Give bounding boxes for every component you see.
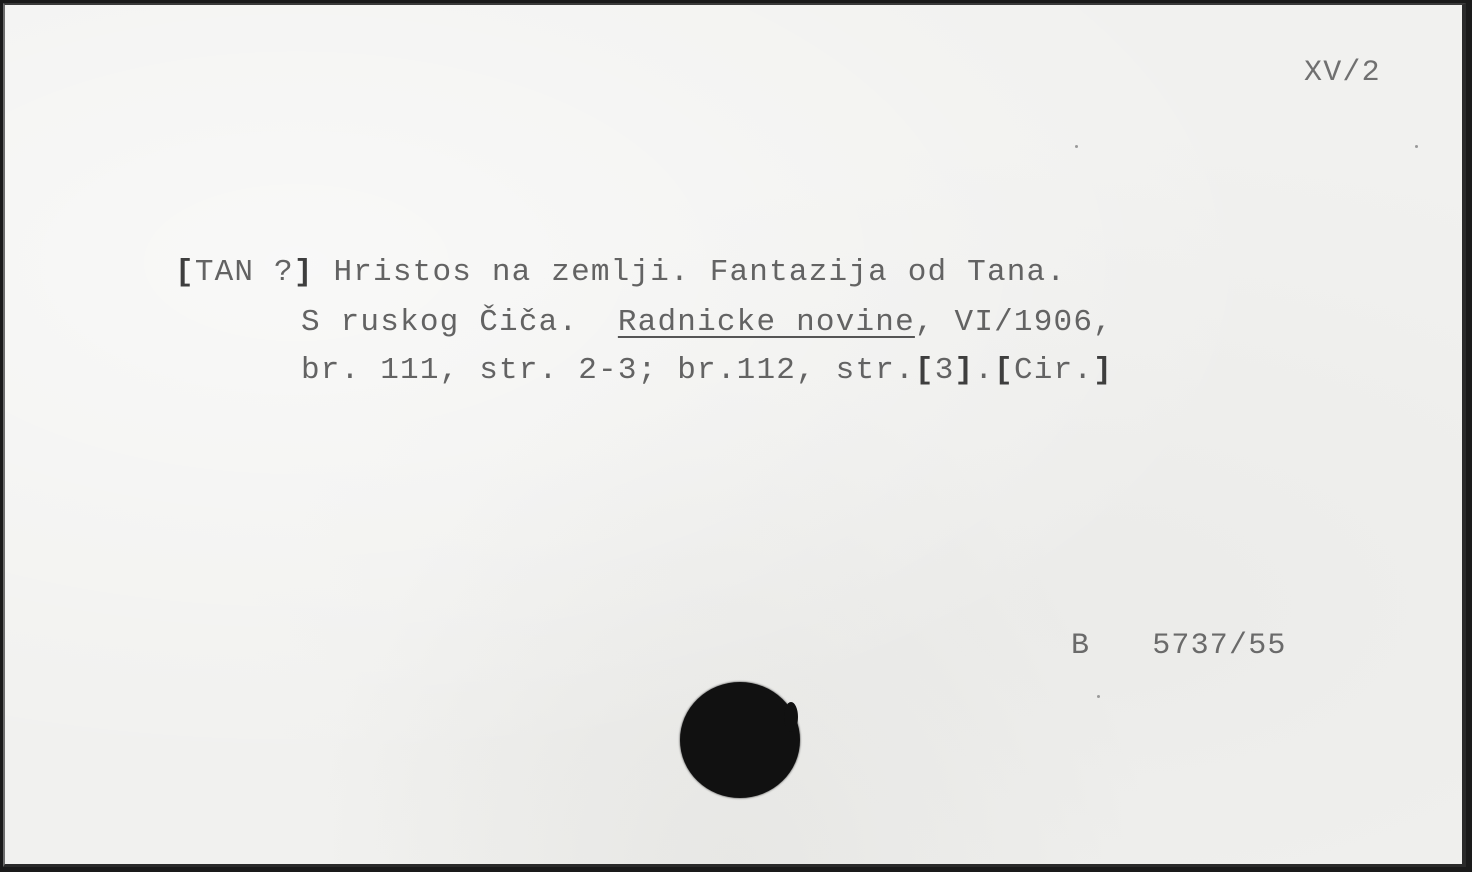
bracket-open: [ (994, 353, 1014, 388)
entry-line-title: [TAN ?] Hristos na zemlji. Fantazija od … (175, 257, 1066, 288)
paper-speck (1075, 145, 1078, 148)
catalog-card: XV/2 [TAN ?] Hristos na zemlji. Fantazij… (3, 3, 1466, 867)
punch-hole (680, 682, 800, 798)
paper-speck (1097, 695, 1100, 698)
periodical-title: Radnicke novine (618, 305, 915, 340)
bracket-open: [ (915, 353, 935, 388)
page-number: 3 (935, 353, 955, 388)
issue-pages: br. 111, str. 2-3; br.112, str. (301, 353, 915, 388)
bracket-open: [ (175, 255, 195, 290)
volume-year: , VI/1906, (915, 305, 1113, 340)
bracket-close: ] (955, 353, 975, 388)
separator: . (974, 353, 994, 388)
paper-speck (1415, 145, 1418, 148)
author-name: TAN ? (195, 255, 294, 290)
call-number: XV/2 (1304, 58, 1381, 88)
title-text: Hristos na zemlji. Fantazija od Tana. (314, 255, 1067, 290)
script-note: Cir. (1014, 353, 1093, 388)
accession-prefix: B (1071, 629, 1090, 663)
bracket-close: ] (1093, 353, 1113, 388)
accession-number: B5737/55 (1071, 631, 1287, 661)
accession-value: 5737/55 (1152, 629, 1286, 663)
bracket-close: ] (294, 255, 314, 290)
translation-note: S ruskog Čiča. (301, 305, 618, 340)
entry-line-pages: br. 111, str. 2-3; br.112, str.[3].[Cir.… (301, 355, 1113, 386)
entry-line-source: S ruskog Čiča. Radnicke novine, VI/1906, (301, 307, 1113, 338)
